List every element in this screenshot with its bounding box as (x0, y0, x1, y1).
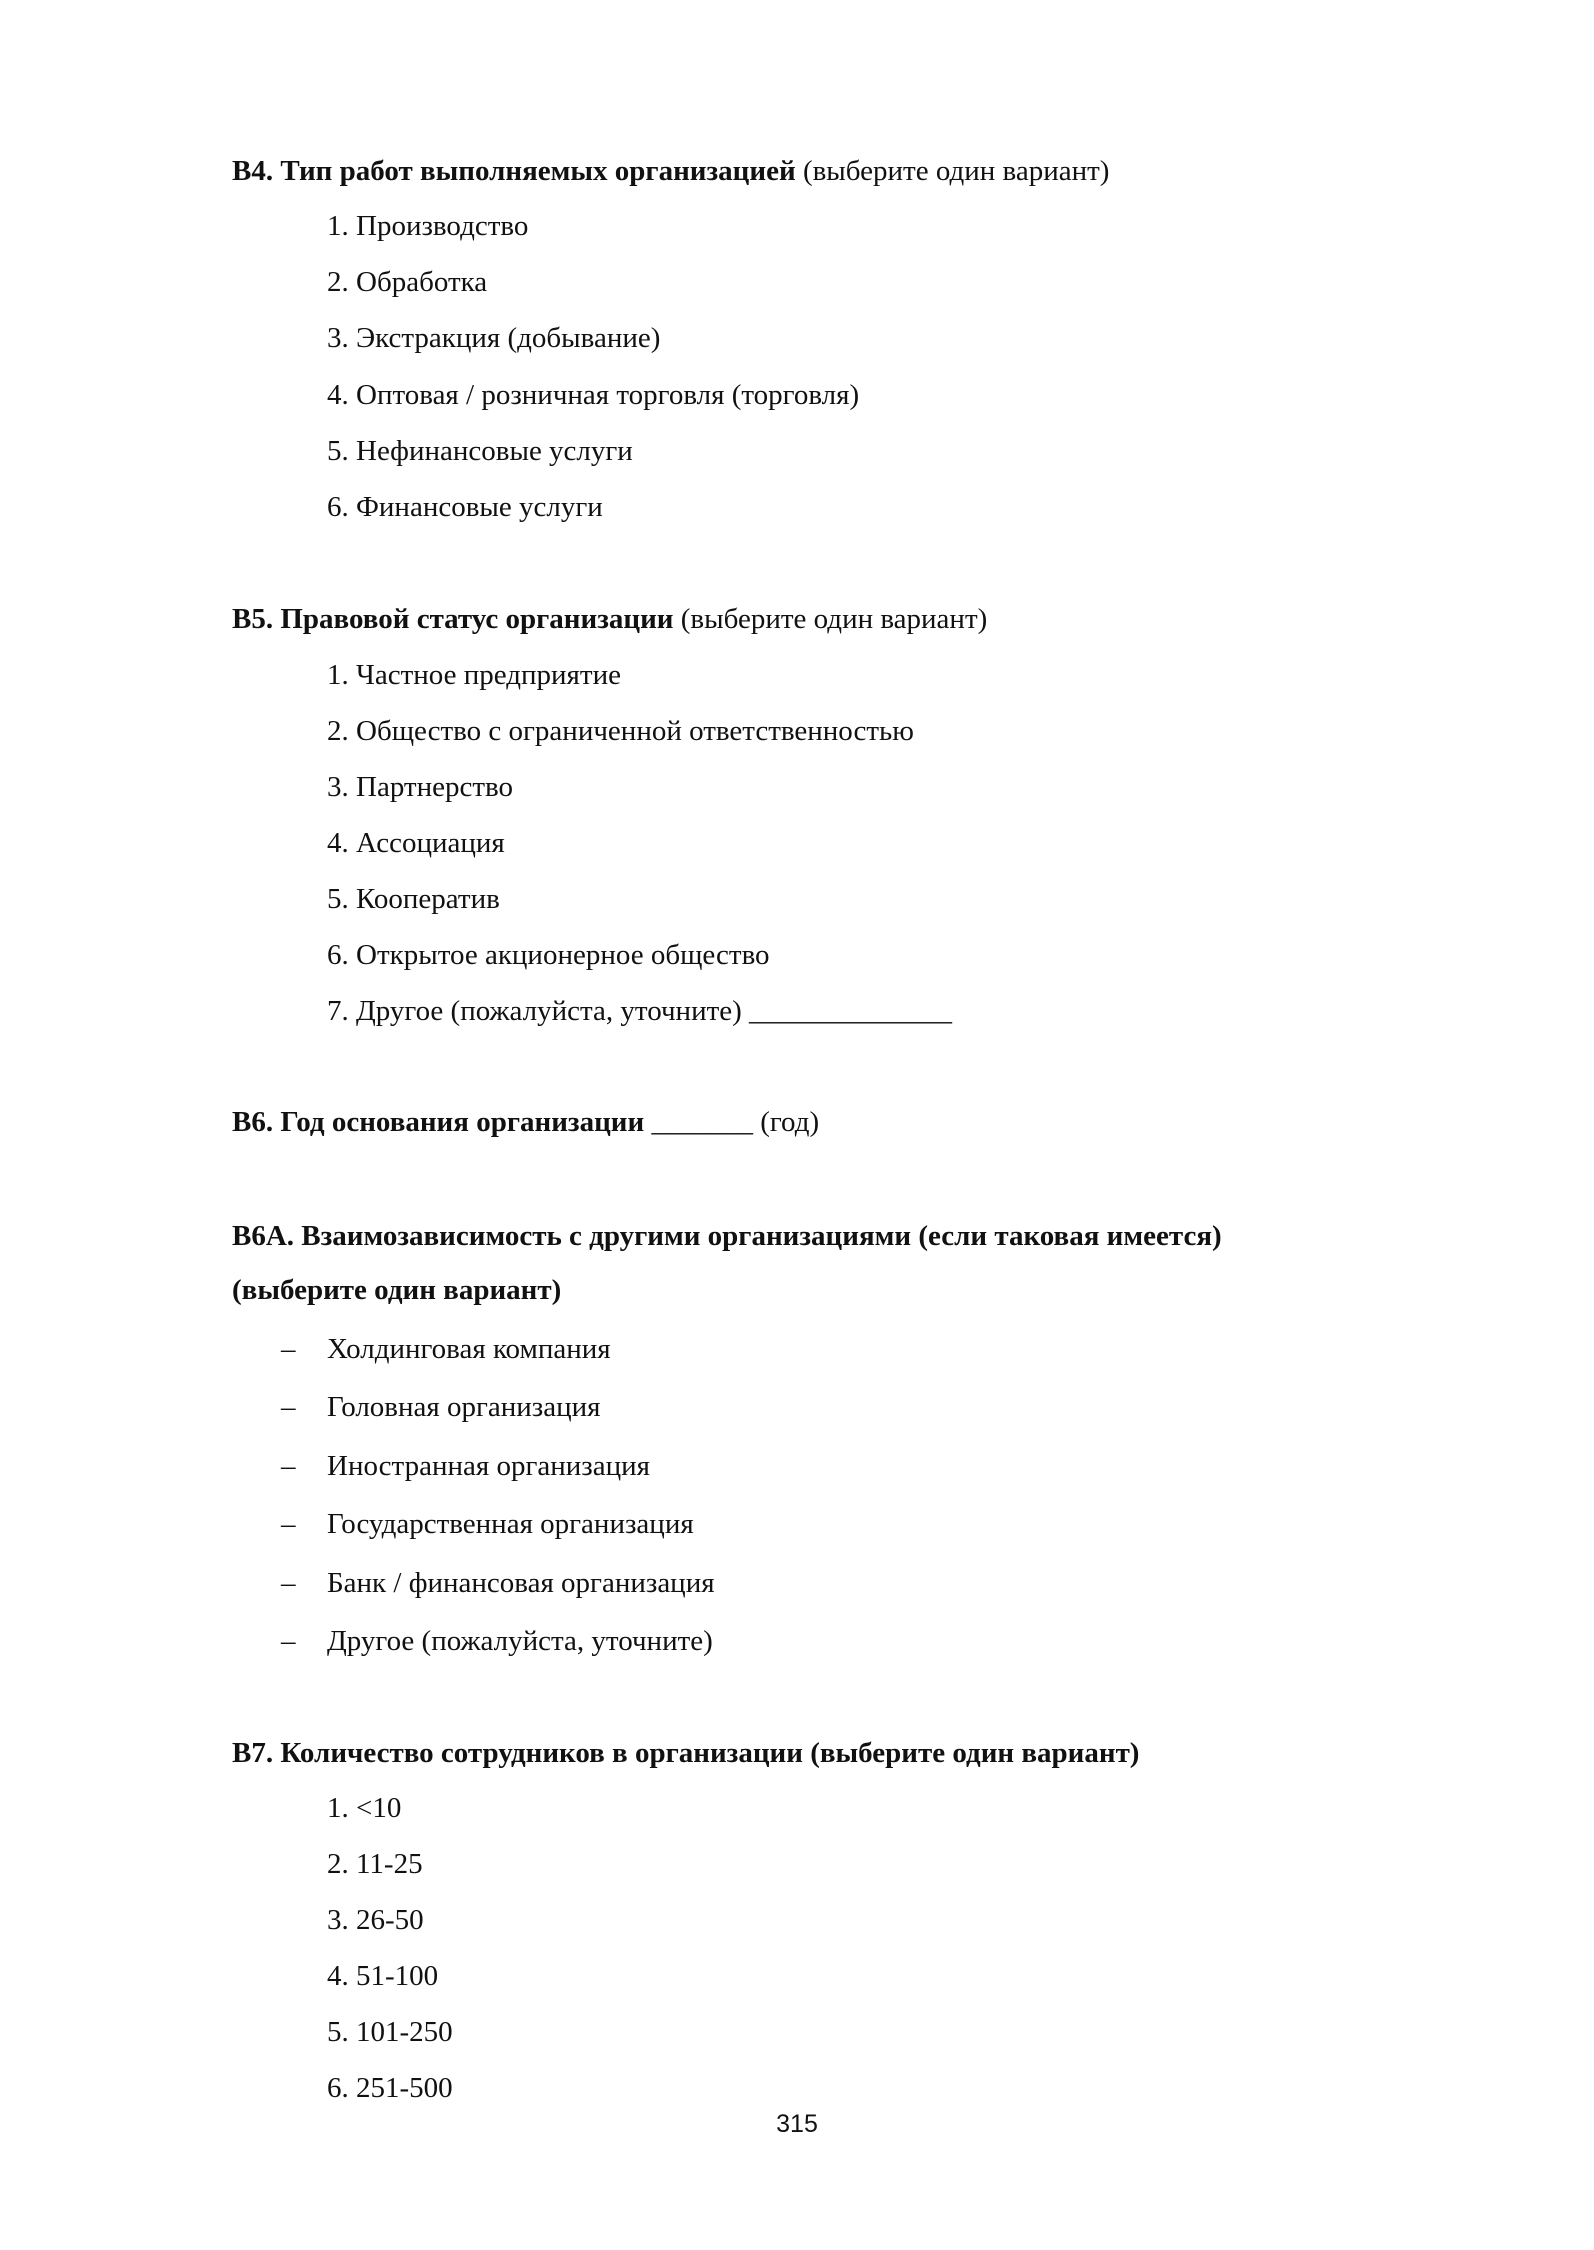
option-item: Другое (пожалуйста, уточните) (327, 1623, 713, 1659)
option-item: 6. Финансовые услуги (327, 489, 603, 525)
option-item: 5. Кооператив (327, 881, 500, 917)
option-item: Банк / финансовая организация (327, 1565, 715, 1601)
dash-bullet: – (281, 1389, 296, 1425)
option-item: 1. <10 (327, 1790, 401, 1826)
option-item: 4. Ассоциация (327, 825, 505, 861)
dash-bullet: – (281, 1565, 296, 1601)
page-number: 315 (0, 2110, 1594, 2139)
option-item: 2. Общество с ограниченной ответственнос… (327, 713, 914, 749)
question-b6a-title-line2: (выберите один вариант) (232, 1272, 561, 1308)
option-item: 5. Нефинансовые услуги (327, 433, 633, 469)
option-item: 2. 11-25 (327, 1846, 423, 1882)
year-blank-field: _______ (644, 1106, 753, 1138)
dash-bullet: – (281, 1623, 296, 1659)
option-item: Иностранная организация (327, 1448, 650, 1484)
question-b7-title: B7. Количество сотрудников в организации… (232, 1735, 1139, 1771)
question-b5-label: B5. Правовой статус организации (232, 603, 674, 635)
option-item: 4. 51-100 (327, 1958, 438, 1994)
option-item: 2. Обработка (327, 264, 487, 300)
question-b4-label: B4. Тип работ выполняемых организацией (232, 155, 796, 187)
option-item-other: 7. Другое (пожалуйста, уточните) _______… (327, 993, 952, 1029)
option-item: 4. Оптовая / розничная торговля (торговл… (327, 377, 859, 413)
option-item: 6. 251-500 (327, 2070, 453, 2106)
option-item: Головная организация (327, 1389, 601, 1425)
question-b6: B6. Год основания организации _______ (г… (232, 1104, 819, 1140)
question-b4-note: (выберите один вариант) (796, 155, 1110, 187)
option-item: 5. 101-250 (327, 2014, 453, 2050)
question-b4-title: B4. Тип работ выполняемых организацией (… (232, 153, 1109, 189)
dash-bullet: – (281, 1331, 296, 1367)
option-item: 3. 26-50 (327, 1902, 424, 1938)
option-item: 6. Открытое акционерное общество (327, 937, 770, 973)
option-item: 1. Производство (327, 208, 528, 244)
question-b6-note: (год) (753, 1106, 819, 1138)
question-b6a-title-line1: B6A. Взаимозависимость с другими организ… (232, 1218, 1222, 1254)
option-item: 3. Партнерство (327, 769, 513, 805)
dash-bullet: – (281, 1506, 296, 1542)
option-item: Холдинговая компания (327, 1331, 611, 1367)
question-b6-label: B6. Год основания организации (232, 1106, 644, 1138)
option-item: Государственная организация (327, 1506, 694, 1542)
question-b5-note: (выберите один вариант) (674, 603, 988, 635)
question-b5-title: B5. Правовой статус организации (выберит… (232, 601, 987, 637)
option-item: 1. Частное предприятие (327, 657, 621, 693)
dash-bullet: – (281, 1448, 296, 1484)
option-item: 3. Экстракция (добывание) (327, 320, 660, 356)
